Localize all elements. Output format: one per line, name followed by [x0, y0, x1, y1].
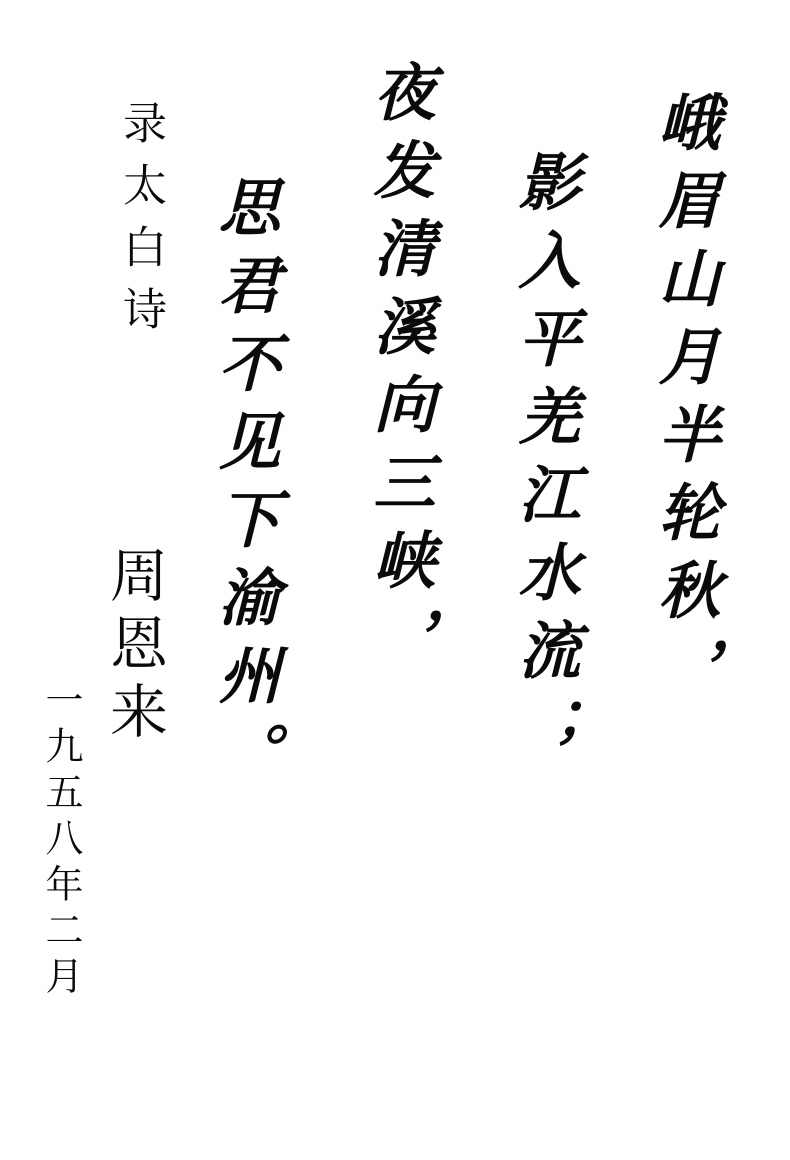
inscription-note: 录太白诗: [108, 100, 172, 348]
poem-line-2: 影入平羌江水流；: [500, 150, 589, 774]
poem-line-4: 思君不见下渝州。: [200, 175, 289, 799]
poem-line-3: 夜发清溪向三峡，: [355, 60, 444, 684]
signature: 周恩来: [92, 545, 176, 749]
poem-line-1: 峨眉山月半轮秋，: [640, 90, 729, 714]
date-inscription: 一九五八年二月: [34, 680, 89, 1002]
